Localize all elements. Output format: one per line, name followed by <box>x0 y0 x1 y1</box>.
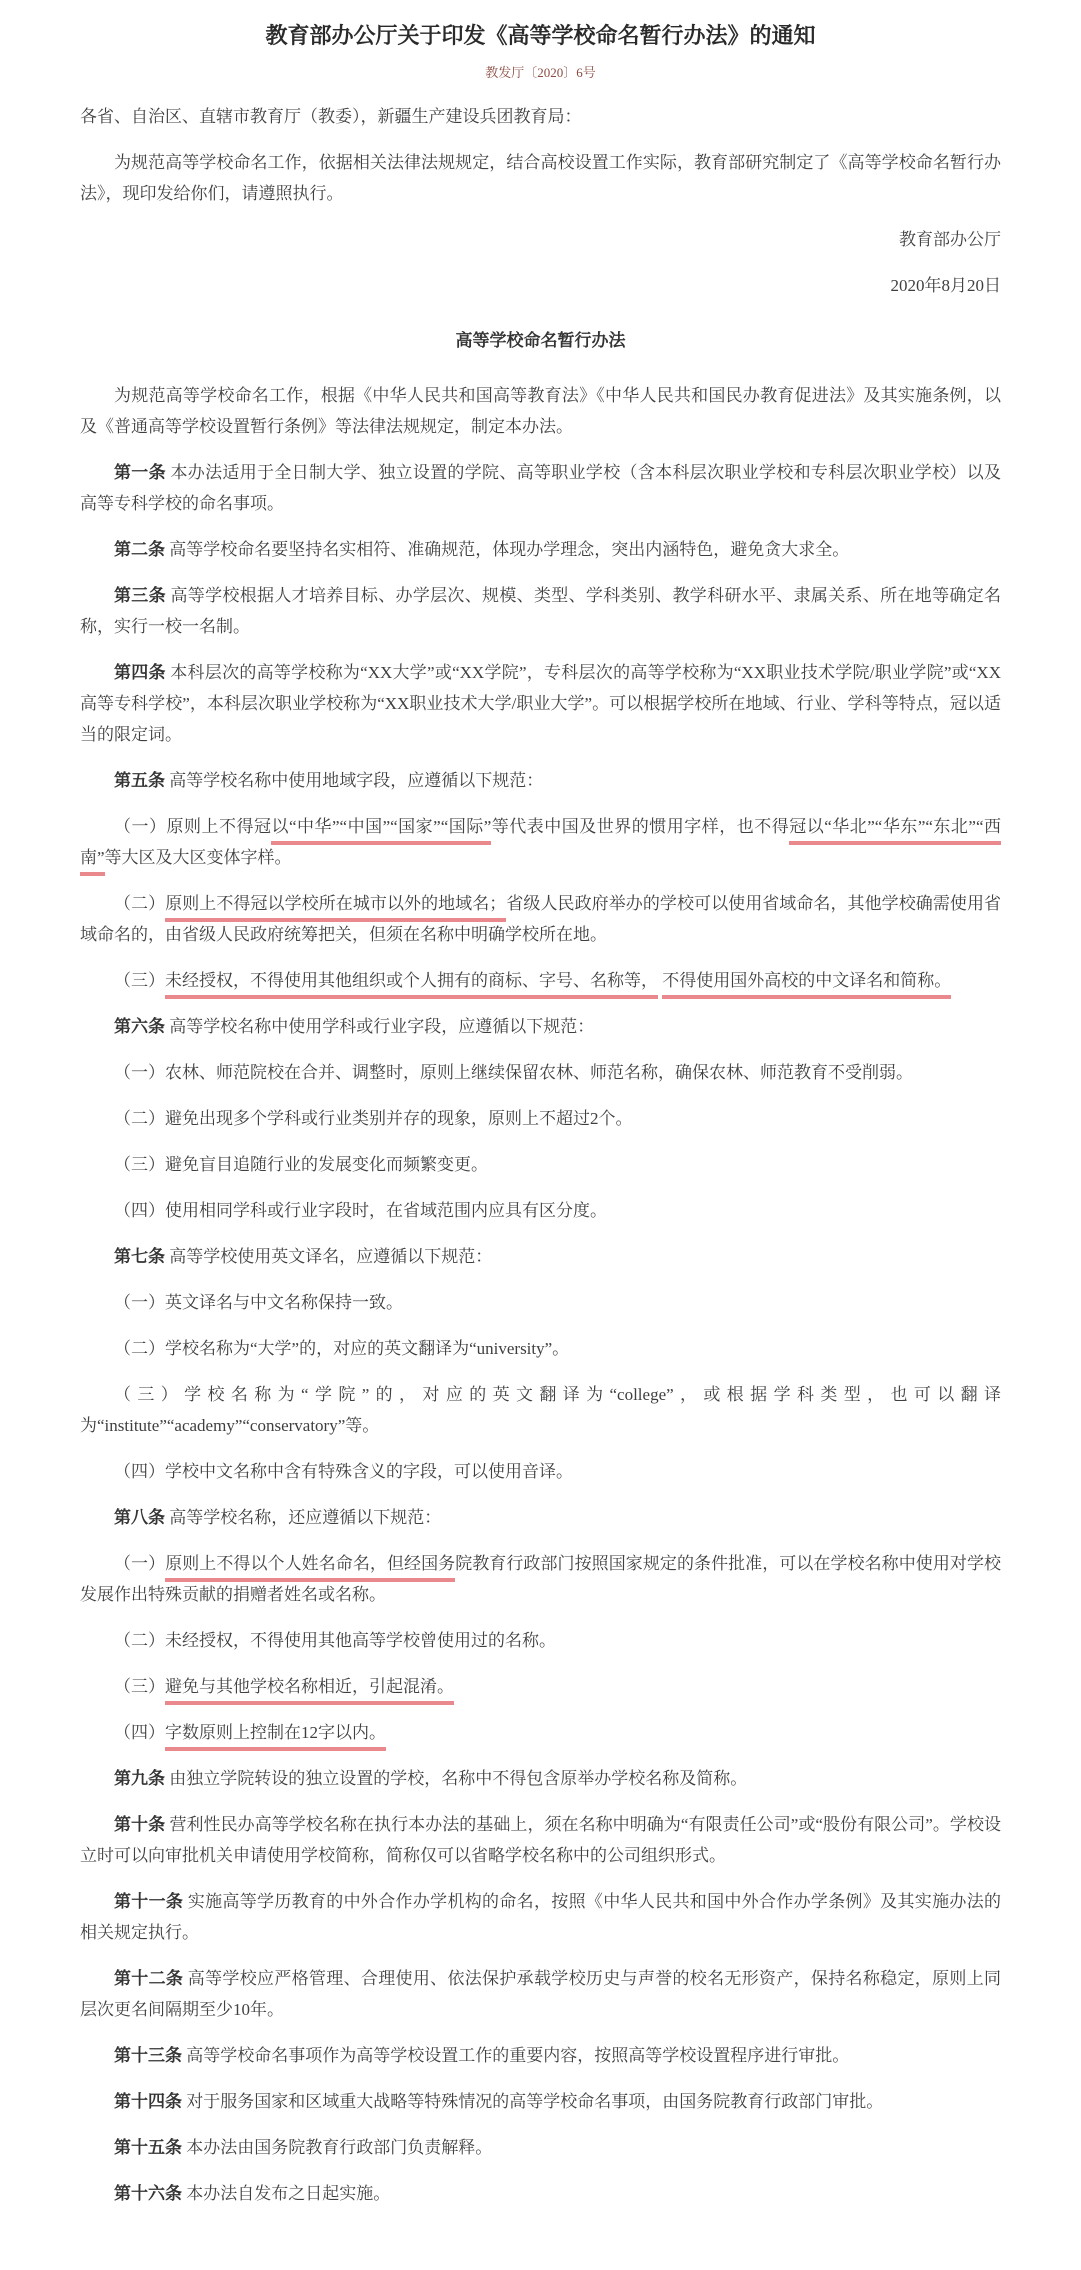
text-segment: 高等学校名称中使用学科或行业字段，应遵循以下规范： <box>165 1017 594 1036</box>
paragraph: 第十六条 本办法自发布之日起实施。 <box>80 2178 1001 2209</box>
paragraph: （三）学校名称为“学院”的，对应的英文翻译为“college”，或根据学科类型，… <box>80 1379 1001 1441</box>
paragraph: （一）农林、师范院校在合并、调整时，原则上继续保留农林、师范名称，确保农林、师范… <box>80 1057 1001 1088</box>
paragraph: （三）避免盲目追随行业的发展变化而频繁变更。 <box>80 1149 1001 1180</box>
text-segment: 本办法自发布之日起实施。 <box>182 2184 390 2203</box>
text-segment: （一）农林、师范院校在合并、调整时，原则上继续保留农林、师范名称，确保农林、师范… <box>114 1063 913 1082</box>
paragraph: 教育部办公厅 <box>80 224 1001 255</box>
article-number: 第十五条 <box>114 2138 182 2157</box>
paragraph: 2020年8月20日 <box>80 270 1001 301</box>
paragraph: （一）原则上不得以个人姓名命名，但经国务院教育行政部门按照国家规定的条件批准，可… <box>80 1548 1001 1610</box>
article-number: 第三条 <box>114 586 166 605</box>
paragraph: （一）英文译名与中文名称保持一致。 <box>80 1287 1001 1318</box>
paragraph: 第六条 高等学校名称中使用学科或行业字段，应遵循以下规范： <box>80 1011 1001 1042</box>
text-segment: 本科层次的高等学校称为“XX大学”或“XX学院”，专科层次的高等学校称为“XX职… <box>80 663 1001 744</box>
paragraph: 第三条 高等学校根据人才培养目标、办学层次、规模、类型、学科类别、教学科研水平、… <box>80 580 1001 642</box>
text-segment: 为规范高等学校命名工作，依据相关法律法规规定，结合高校设置工作实际，教育部研究制… <box>80 153 1001 203</box>
text-segment: 营利性民办高等学校名称在执行本办法的基础上，须在名称中明确为“有限责任公司”或“… <box>80 1815 1001 1865</box>
text-segment: （三） <box>114 971 165 990</box>
paragraph: 高等学校命名暂行办法 <box>80 325 1001 356</box>
text-segment: 教育部办公厅 <box>899 230 1001 249</box>
article-number: 第九条 <box>114 1769 165 1788</box>
text-segment: （二）未经授权，不得使用其他高等学校曾使用过的名称。 <box>114 1631 556 1650</box>
paragraph: （二）原则上不得冠以学校所在城市以外的地域名；省级人民政府举办的学校可以使用省域… <box>80 888 1001 950</box>
doc-title: 教育部办公厅关于印发《高等学校命名暂行办法》的通知 <box>80 20 1001 52</box>
paragraph: 第一条 本办法适用于全日制大学、独立设置的学院、高等职业学校（含本科层次职业学校… <box>80 457 1001 519</box>
paragraph: 第十一条 实施高等学历教育的中外合作办学机构的命名，按照《中华人民共和国中外合作… <box>80 1886 1001 1948</box>
article-number: 第十四条 <box>114 2092 182 2111</box>
article-number: 第十二条 <box>114 1969 183 1988</box>
paragraph: 第十二条 高等学校应严格管理、合理使用、依法保护承载学校历史与声誉的校名无形资产… <box>80 1963 1001 2025</box>
paragraph: （二）学校名称为“大学”的，对应的英文翻译为“university”。 <box>80 1333 1001 1364</box>
article-number: 第十一条 <box>114 1892 183 1911</box>
text-segment: 2020年8月20日 <box>891 276 1002 295</box>
paragraph: 第五条 高等学校名称中使用地域字段，应遵循以下规范： <box>80 765 1001 796</box>
article-number: 第七条 <box>114 1247 165 1266</box>
paragraph: （一）原则上不得冠以“中华”“中国”“国家”“国际”等代表中国及世界的惯用字样，… <box>80 811 1001 873</box>
paragraph: （四）使用相同学科或行业字段时，在省域范围内应具有区分度。 <box>80 1195 1001 1226</box>
text-segment: （二） <box>114 894 165 913</box>
article-number: 第十三条 <box>114 2046 182 2065</box>
article-number: 第六条 <box>114 1017 165 1036</box>
text-segment: 由独立学院转设的独立设置的学校，名称中不得包含原举办学校名称及简称。 <box>165 1769 747 1788</box>
underlined-text-segment: 未经授权，不得使用其他组织或个人拥有的商标、字号、名称等， <box>165 971 658 999</box>
text-segment: 高等学校名称中使用地域字段，应遵循以下规范： <box>165 771 543 790</box>
document-body: 各省、自治区、直辖市教育厅（教委），新疆生产建设兵团教育局：为规范高等学校命名工… <box>80 101 1001 2209</box>
text-segment: 高等学校使用英文译名，应遵循以下规范： <box>165 1247 492 1266</box>
paragraph: 为规范高等学校命名工作，根据《中华人民共和国高等教育法》《中华人民共和国民办教育… <box>80 380 1001 442</box>
text-segment: （一）原则上不得冠 <box>114 817 271 836</box>
text-segment: 本办法由国务院教育行政部门负责解释。 <box>182 2138 492 2157</box>
paragraph: 第十五条 本办法由国务院教育行政部门负责解释。 <box>80 2132 1001 2163</box>
paragraph: （四）字数原则上控制在12字以内。 <box>80 1717 1001 1748</box>
paragraph: 第十三条 高等学校命名事项作为高等学校设置工作的重要内容，按照高等学校设置程序进… <box>80 2040 1001 2071</box>
text-segment: 为规范高等学校命名工作，根据《中华人民共和国高等教育法》《中华人民共和国民办教育… <box>80 386 1001 436</box>
document-page: 教育部办公厅关于印发《高等学校命名暂行办法》的通知 教发厅〔2020〕6号 各省… <box>0 0 1081 2270</box>
article-number: 第五条 <box>114 771 165 790</box>
text-segment: 高等学校命名要坚持名实相符、准确规范，体现办学理念，突出内涵特色，避免贪大求全。 <box>165 540 849 559</box>
text-segment: 高等学校应严格管理、合理使用、依法保护承载学校历史与声誉的校名无形资产，保持名称… <box>80 1969 1001 2019</box>
text-segment: （四） <box>114 1723 165 1742</box>
paragraph: （二）未经授权，不得使用其他高等学校曾使用过的名称。 <box>80 1625 1001 1656</box>
text-segment: （四）使用相同学科或行业字段时，在省域范围内应具有区分度。 <box>114 1201 607 1220</box>
text-segment: 等代表中国及世界的惯用字样，也不得 <box>491 817 789 836</box>
paragraph: （三）未经授权，不得使用其他组织或个人拥有的商标、字号、名称等， 不得使用国外高… <box>80 965 1001 996</box>
text-segment: 实施高等学历教育的中外合作办学机构的命名，按照《中华人民共和国中外合作办学条例》… <box>80 1892 1001 1942</box>
text-segment: 各省、自治区、直辖市教育厅（教委），新疆生产建设兵团教育局： <box>80 107 582 126</box>
paragraph: （四）学校中文名称中含有特殊含义的字段，可以使用音译。 <box>80 1456 1001 1487</box>
underlined-text-segment: 原则上不得冠以学校所在城市以外的地域名； <box>165 894 506 922</box>
underlined-text-segment: 以“中华”“中国”“国家”“国际” <box>271 817 491 845</box>
paragraph: 第二条 高等学校命名要坚持名实相符、准确规范，体现办学理念，突出内涵特色，避免贪… <box>80 534 1001 565</box>
article-number: 第二条 <box>114 540 165 559</box>
paragraph: 第九条 由独立学院转设的独立设置的学校，名称中不得包含原举办学校名称及简称。 <box>80 1763 1001 1794</box>
text-segment: （三）学校名称为“学院”的，对应的英文翻译为“college”，或根据学科类型，… <box>80 1385 1001 1435</box>
article-number: 第一条 <box>114 463 166 482</box>
article-number: 高等学校命名暂行办法 <box>456 331 626 350</box>
text-segment: （三）避免盲目追随行业的发展变化而频繁变更。 <box>114 1155 488 1174</box>
text-segment: 等大区及大区变体字样。 <box>105 848 292 867</box>
paragraph: （三）避免与其他学校名称相近，引起混淆。 <box>80 1671 1001 1702</box>
article-number: 第十六条 <box>114 2184 182 2203</box>
article-number: 第四条 <box>114 663 166 682</box>
text-segment: 高等学校根据人才培养目标、办学层次、规模、类型、学科类别、教学科研水平、隶属关系… <box>80 586 1001 636</box>
paragraph: （二）避免出现多个学科或行业类别并存的现象，原则上不超过2个。 <box>80 1103 1001 1134</box>
text-segment: （一）英文译名与中文名称保持一致。 <box>114 1293 403 1312</box>
text-segment: 对于服务国家和区域重大战略等特殊情况的高等学校命名事项，由国务院教育行政部门审批… <box>182 2092 883 2111</box>
underlined-text-segment: 避免与其他学校名称相近，引起混淆。 <box>165 1677 454 1705</box>
article-number: 第十条 <box>114 1815 165 1834</box>
paragraph: 第十条 营利性民办高等学校名称在执行本办法的基础上，须在名称中明确为“有限责任公… <box>80 1809 1001 1871</box>
underlined-text-segment: 原则上不得以个人姓名命名，但经国务 <box>165 1554 455 1582</box>
text-segment: 高等学校命名事项作为高等学校设置工作的重要内容，按照高等学校设置程序进行审批。 <box>182 2046 849 2065</box>
text-segment: （二）学校名称为“大学”的，对应的英文翻译为“university”。 <box>114 1339 569 1358</box>
text-segment: （三） <box>114 1677 165 1696</box>
paragraph: 各省、自治区、直辖市教育厅（教委），新疆生产建设兵团教育局： <box>80 101 1001 132</box>
doc-number: 教发厅〔2020〕6号 <box>80 62 1001 81</box>
paragraph: 第八条 高等学校名称，还应遵循以下规范： <box>80 1502 1001 1533</box>
text-segment: （四）学校中文名称中含有特殊含义的字段，可以使用音译。 <box>114 1462 573 1481</box>
underlined-text-segment: 不得使用国外高校的中文译名和简称。 <box>662 971 951 999</box>
text-segment: （一） <box>114 1554 165 1573</box>
text-segment: 本办法适用于全日制大学、独立设置的学院、高等职业学校（含本科层次职业学校和专科层… <box>80 463 1001 513</box>
text-segment: 高等学校名称，还应遵循以下规范： <box>165 1508 441 1527</box>
text-segment: （二）避免出现多个学科或行业类别并存的现象，原则上不超过2个。 <box>114 1109 633 1128</box>
underlined-text-segment: 字数原则上控制在12字以内。 <box>165 1723 386 1751</box>
article-number: 第八条 <box>114 1508 165 1527</box>
paragraph: 第七条 高等学校使用英文译名，应遵循以下规范： <box>80 1241 1001 1272</box>
paragraph: 第四条 本科层次的高等学校称为“XX大学”或“XX学院”，专科层次的高等学校称为… <box>80 657 1001 750</box>
paragraph: 第十四条 对于服务国家和区域重大战略等特殊情况的高等学校命名事项，由国务院教育行… <box>80 2086 1001 2117</box>
paragraph: 为规范高等学校命名工作，依据相关法律法规规定，结合高校设置工作实际，教育部研究制… <box>80 147 1001 209</box>
